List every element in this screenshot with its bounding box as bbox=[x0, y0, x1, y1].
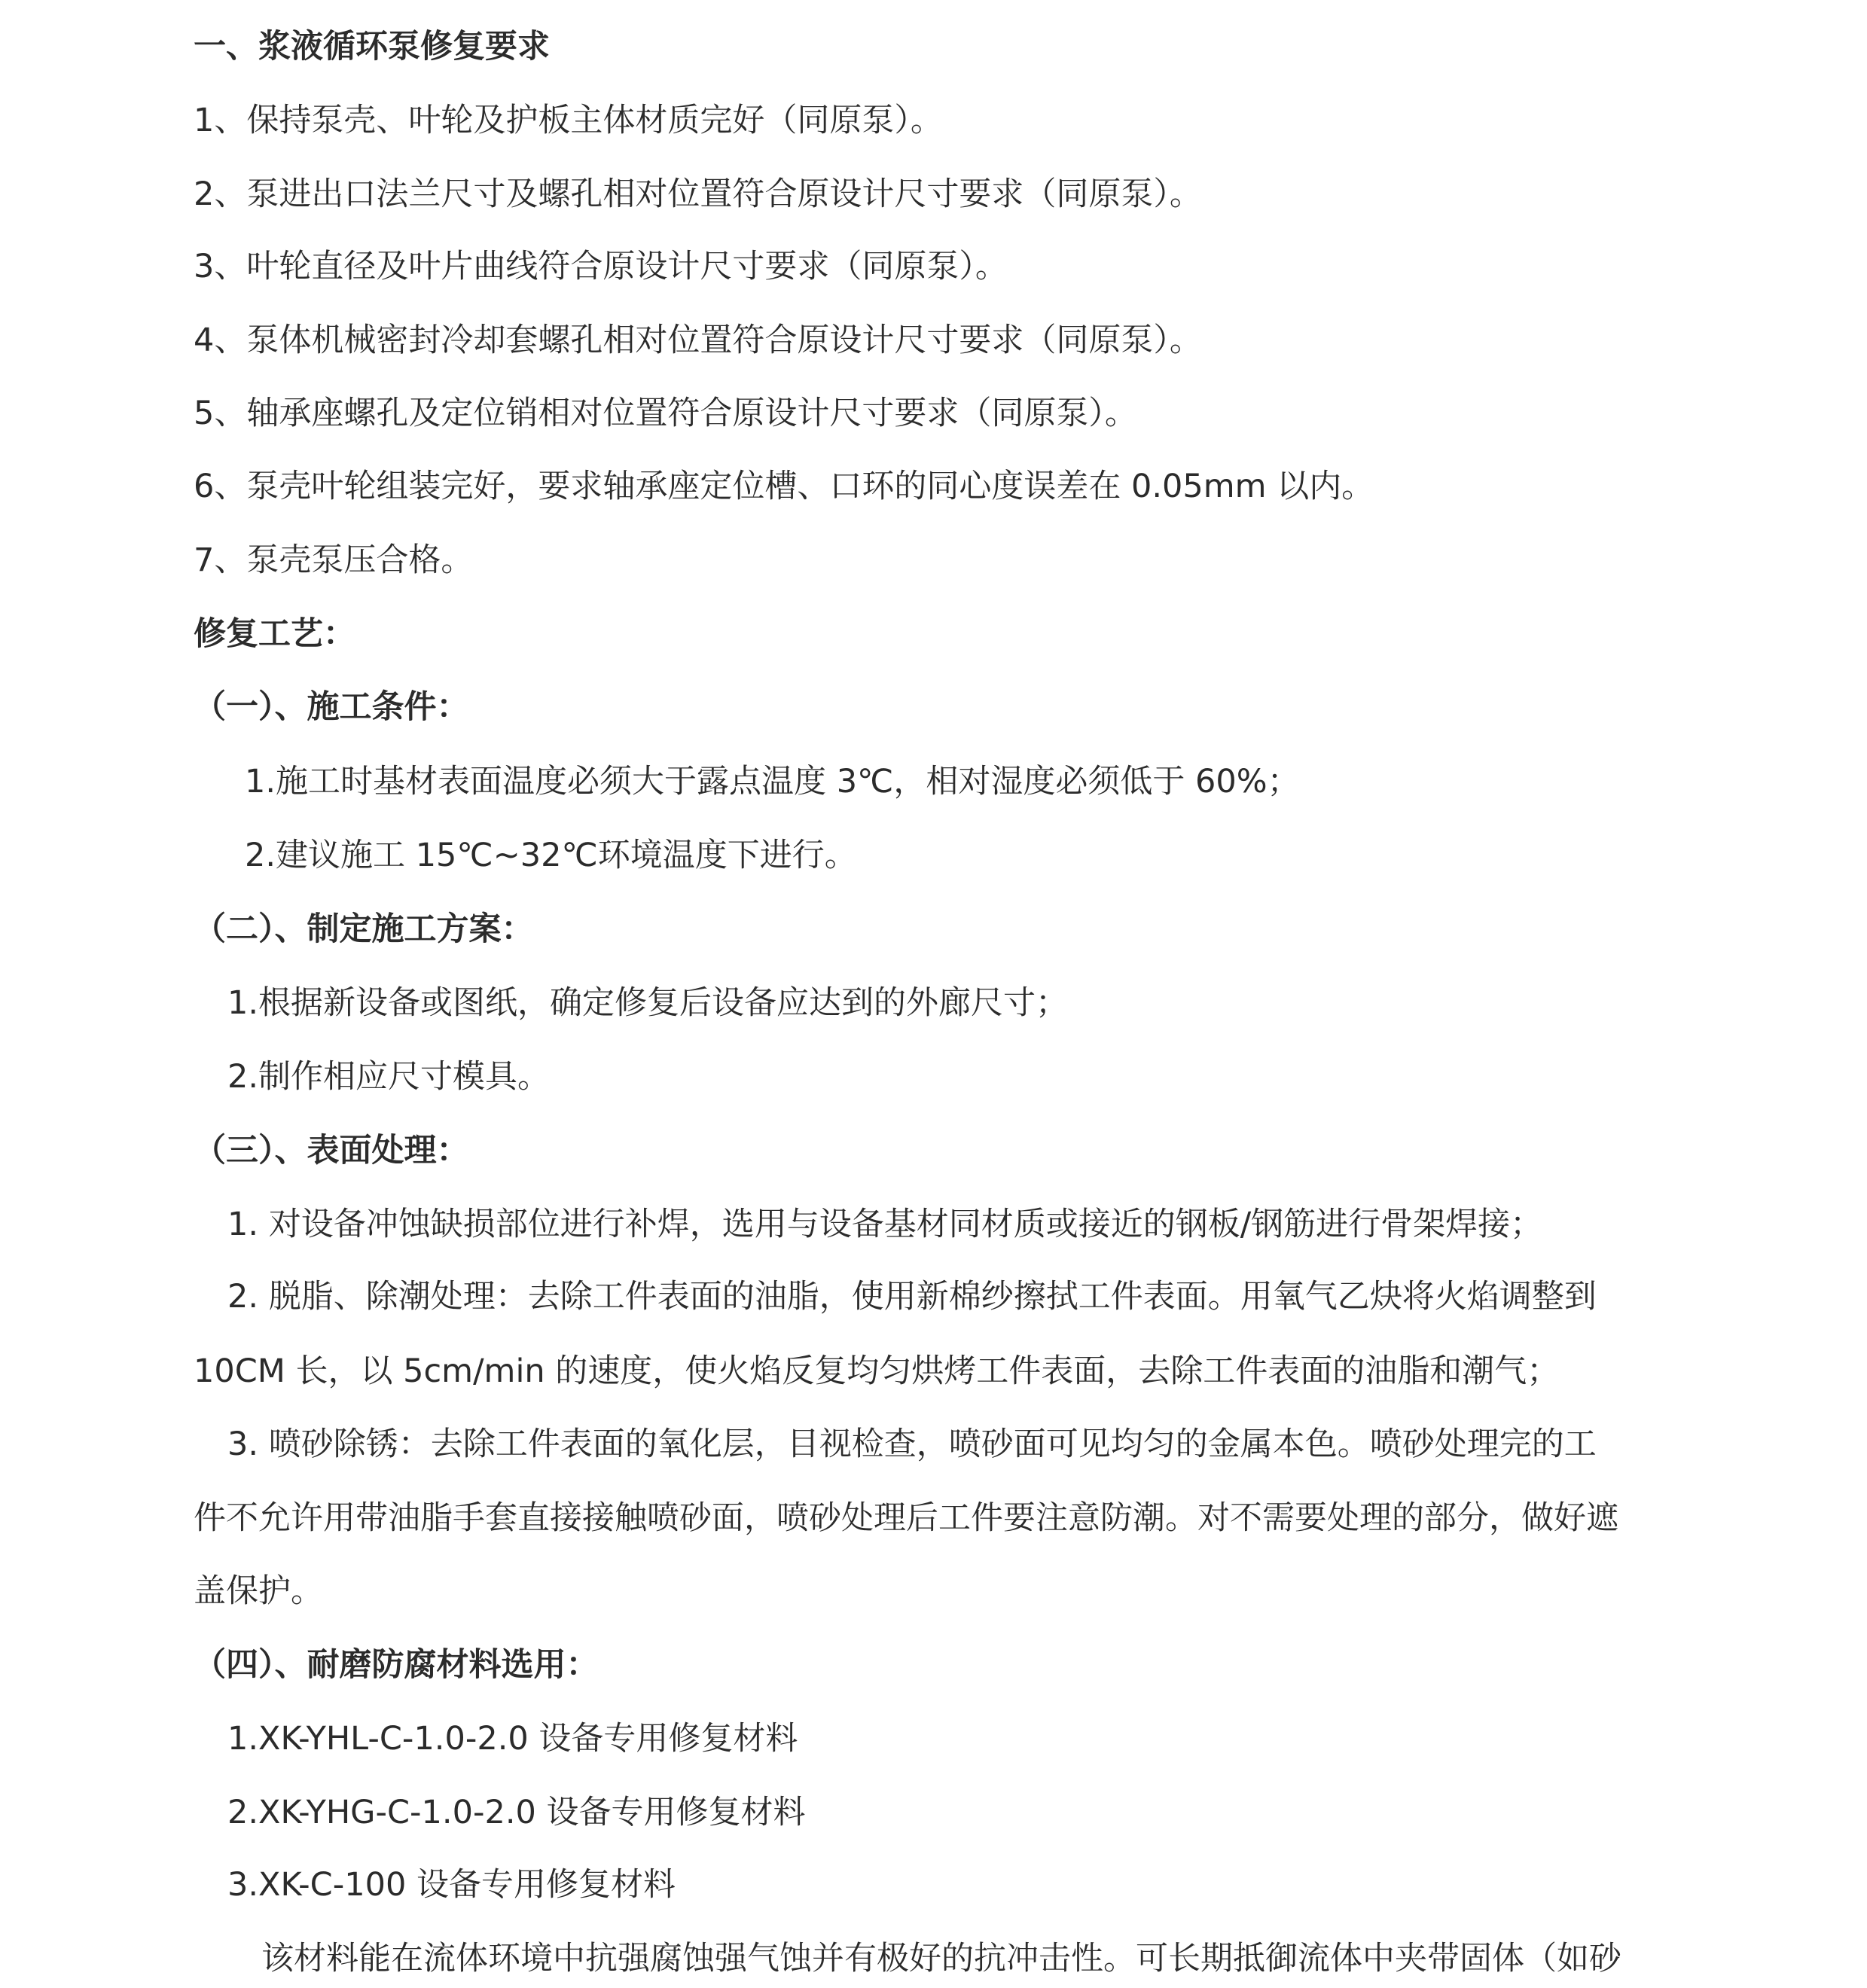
requirement-item: 3、叶轮直径及叶片曲线符合原设计尺寸要求（同原泵）。 bbox=[194, 245, 1008, 288]
condition-item: 1.施工时基材表面温度必须大于露点温度 3℃，相对湿度必须低于 60%； bbox=[245, 761, 1300, 803]
material-item: 2.XK-YHG-C-1.0-2.0 设备专用修复材料 bbox=[227, 1791, 806, 1834]
material-description: 该材料能在流体环境中抗强腐蚀强气蚀并有极好的抗冲击性。可长期抵御流体中夹带固体（… bbox=[261, 1938, 1621, 1980]
surface-item: 3. 喷砂除锈：去除工件表面的氧化层，目视检查，喷砂面可见均匀的金属本色。喷砂处… bbox=[227, 1423, 1597, 1465]
requirement-item: 2、泵进出口法兰尺寸及螺孔相对位置符合原设计尺寸要求（同原泵）。 bbox=[194, 173, 1202, 215]
requirement-item: 5、轴承座螺孔及定位销相对位置符合原设计尺寸要求（同原泵）。 bbox=[194, 392, 1137, 434]
subsection-title-plan: （二）、制定施工方案： bbox=[194, 908, 534, 950]
condition-item: 2.建议施工 15℃~32℃环境温度下进行。 bbox=[245, 834, 857, 877]
surface-item: 1. 对设备冲蚀缺损部位进行补焊，选用与设备基材同材质或接近的钢板/钢筋进行骨架… bbox=[227, 1203, 1542, 1246]
surface-item-continued: 10CM 长，以 5cm/min 的速度，使火焰反复均匀烘烤工件表面，去除工件表… bbox=[194, 1350, 1559, 1392]
subsection-title-surface: （三）、表面处理： bbox=[194, 1130, 469, 1172]
requirement-item: 6、泵壳叶轮组装完好，要求轴承座定位槽、口环的同心度误差在 0.05mm 以内。 bbox=[194, 465, 1374, 508]
surface-item-continued: 盖保护。 bbox=[194, 1570, 323, 1612]
plan-item: 1.根据新设备或图纸，确定修复后设备应达到的外廊尺寸； bbox=[227, 982, 1068, 1024]
requirement-item: 1、保持泵壳、叶轮及护板主体材质完好（同原泵）。 bbox=[194, 99, 943, 142]
subsection-title-conditions: （一）、施工条件： bbox=[194, 686, 469, 728]
surface-item-continued: 件不允许用带油脂手套直接接触喷砂面，喷砂处理后工件要注意防潮。对不需要处理的部分… bbox=[194, 1497, 1618, 1539]
material-item: 3.XK-C-100 设备专用修复材料 bbox=[227, 1864, 676, 1906]
requirement-item: 7、泵壳泵压合格。 bbox=[194, 539, 473, 581]
requirement-item: 4、泵体机械密封冷却套螺孔相对位置符合原设计尺寸要求（同原泵）。 bbox=[194, 319, 1202, 361]
surface-item: 2. 脱脂、除潮处理：去除工件表面的油脂，使用新棉纱擦拭工件表面。用氧气乙炔将火… bbox=[227, 1276, 1597, 1318]
process-title: 修复工艺： bbox=[194, 613, 355, 655]
material-item: 1.XK-YHL-C-1.0-2.0 设备专用修复材料 bbox=[227, 1718, 798, 1760]
section-heading: 一、浆液循环泵修复要求 bbox=[194, 26, 550, 68]
plan-item: 2.制作相应尺寸模具。 bbox=[227, 1056, 550, 1098]
subsection-title-materials: （四）、耐磨防腐材料选用： bbox=[194, 1644, 599, 1686]
